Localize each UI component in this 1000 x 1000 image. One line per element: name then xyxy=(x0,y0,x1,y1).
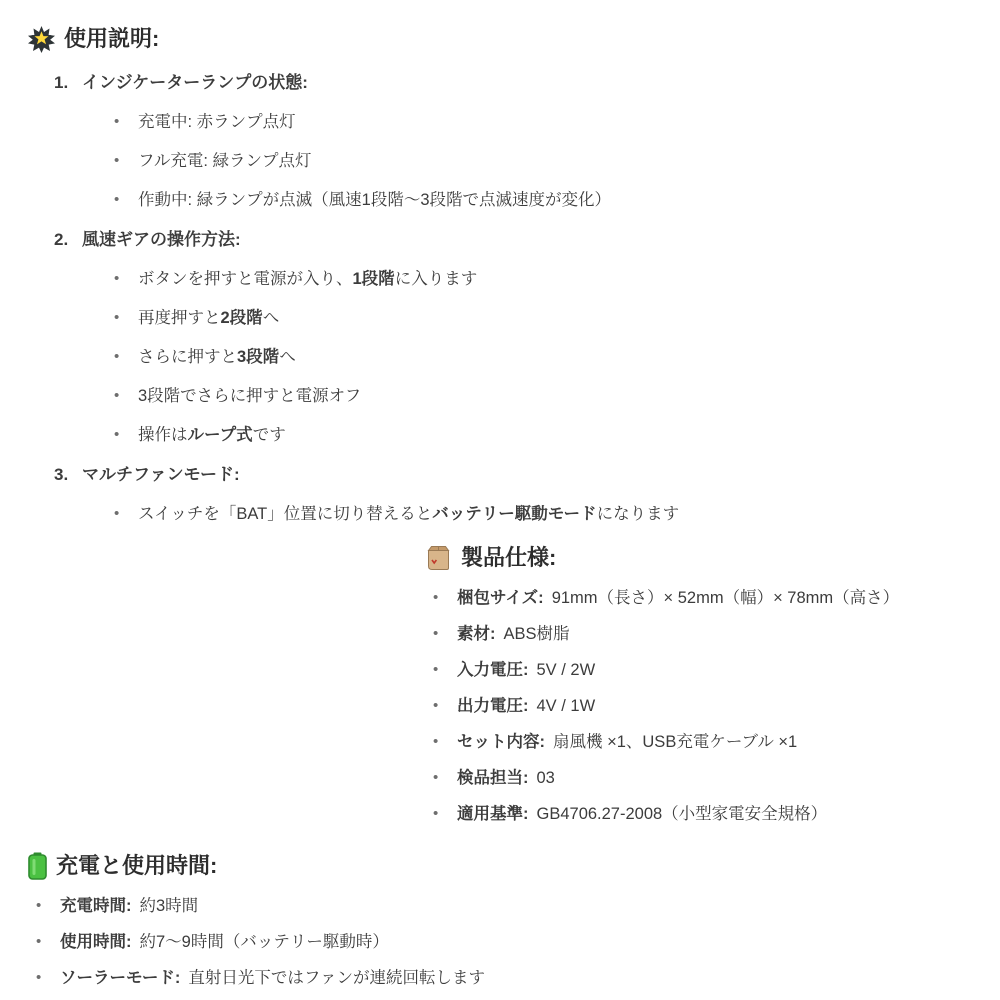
specs-section: 製品仕様: • 梱包サイズ:91mm（長さ）× 52mm（幅）× 78mm（高さ… xyxy=(425,543,970,825)
spec-row: • 適用基準:GB4706.27-2008（小型家電安全規格） xyxy=(433,803,970,825)
spec-label: 出力電圧: xyxy=(457,697,529,715)
bullet-dot: • xyxy=(36,895,60,917)
battery-value: 約3時間 xyxy=(140,897,199,915)
spec-value: 91mm（長さ）× 52mm（幅）× 78mm（高さ） xyxy=(552,589,899,607)
spec-row: • 入力電圧:5V / 2W xyxy=(433,659,970,681)
spec-text: 出力電圧:4V / 1W xyxy=(457,695,595,717)
battery-icon xyxy=(28,852,47,880)
usage-section-title: 使用説明: xyxy=(64,24,159,54)
battery-label: ソーラーモード: xyxy=(60,969,180,987)
bullet-dot: • xyxy=(114,346,138,368)
item-number: 2. xyxy=(54,229,82,251)
battery-value: 直射日光下ではファンが連続回転します xyxy=(188,969,485,987)
spec-text: 素材:ABS樹脂 xyxy=(457,623,570,645)
bullet-dot: • xyxy=(36,931,60,953)
bullet-dot: • xyxy=(433,587,457,609)
battery-row: • 使用時間:約7～9時間（バッテリー駆動時） xyxy=(36,931,970,953)
bullet-dot: • xyxy=(433,623,457,645)
battery-text: 使用時間:約7～9時間（バッテリー駆動時） xyxy=(60,931,389,953)
spec-value: 4V / 1W xyxy=(537,697,596,715)
list-item-text: 操作はループ式です xyxy=(138,424,286,446)
specs-section-title: 製品仕様: xyxy=(461,543,556,573)
list-item-text: フル充電: 緑ランプ点灯 xyxy=(138,150,312,172)
item-label: インジケーターランプの状態: xyxy=(82,72,308,94)
specs-section-header: 製品仕様: xyxy=(425,543,970,573)
list-item: • 3段階でさらに押すと電源オフ xyxy=(114,385,970,407)
spec-row: • 素材:ABS樹脂 xyxy=(433,623,970,645)
star-burst-icon xyxy=(28,26,55,53)
list-item-text: スイッチを「BAT」位置に切り替えるとバッテリー駆動モードになります xyxy=(138,503,679,525)
spec-label: 素材: xyxy=(457,625,496,643)
battery-value: 約7～9時間（バッテリー駆動時） xyxy=(140,933,389,951)
bullet-dot: • xyxy=(114,111,138,133)
battery-label: 使用時間: xyxy=(60,933,132,951)
spec-value: 03 xyxy=(537,769,555,787)
list-item: • フル充電: 緑ランプ点灯 xyxy=(114,150,970,172)
spec-text: 梱包サイズ:91mm（長さ）× 52mm（幅）× 78mm（高さ） xyxy=(457,587,899,609)
list-item-text: さらに押すと3段階へ xyxy=(138,346,296,368)
usage-section-header: 使用説明: xyxy=(28,24,970,54)
bullet-dot: • xyxy=(114,189,138,211)
bullet-dot: • xyxy=(114,150,138,172)
bullet-dot: • xyxy=(114,268,138,290)
usage-item-2: 2. 風速ギアの操作方法: xyxy=(54,229,970,251)
bullet-dot: • xyxy=(433,803,457,825)
spec-text: 入力電圧:5V / 2W xyxy=(457,659,595,681)
spec-row: • 出力電圧:4V / 1W xyxy=(433,695,970,717)
list-item-text: ボタンを押すと電源が入り、1段階に入ります xyxy=(138,268,477,290)
list-item-text: 3段階でさらに押すと電源オフ xyxy=(138,385,361,407)
spec-label: 検品担当: xyxy=(457,769,529,787)
usage-item-3: 3. マルチファンモード: xyxy=(54,464,970,486)
battery-text: 充電時間:約3時間 xyxy=(60,895,198,917)
battery-text: ソーラーモード:直射日光下ではファンが連続回転します xyxy=(60,967,485,989)
battery-label: 充電時間: xyxy=(60,897,132,915)
list-item-text: 作動中: 緑ランプが点滅（風速1段階～3段階で点滅速度が変化） xyxy=(138,189,611,211)
bullet-dot: • xyxy=(114,503,138,525)
battery-section: 充電と使用時間: • 充電時間:約3時間 • 使用時間:約7～9時間（バッテリー… xyxy=(28,851,970,989)
list-item: • 充電中: 赤ランプ点灯 xyxy=(114,111,970,133)
bullet-dot: • xyxy=(433,731,457,753)
bullet-dot: • xyxy=(114,307,138,329)
spec-value: GB4706.27-2008（小型家電安全規格） xyxy=(537,805,828,823)
spec-value: 扇風機 ×1、USB充電ケーブル ×1 xyxy=(553,733,797,751)
spec-label: セット内容: xyxy=(457,733,545,751)
list-item: • 再度押すと2段階へ xyxy=(114,307,970,329)
bullet-dot: • xyxy=(114,424,138,446)
usage-item-1: 1. インジケーターランプの状態: xyxy=(54,72,970,94)
spec-row: • 梱包サイズ:91mm（長さ）× 52mm（幅）× 78mm（高さ） xyxy=(433,587,970,609)
bullet-dot: • xyxy=(36,967,60,989)
spec-label: 梱包サイズ: xyxy=(457,589,544,607)
battery-row: • 充電時間:約3時間 xyxy=(36,895,970,917)
list-item-text: 再度押すと2段階へ xyxy=(138,307,279,329)
spec-text: 適用基準:GB4706.27-2008（小型家電安全規格） xyxy=(457,803,827,825)
spec-row: • セット内容:扇風機 ×1、USB充電ケーブル ×1 xyxy=(433,731,970,753)
list-item-text: 充電中: 赤ランプ点灯 xyxy=(138,111,296,133)
bullet-dot: • xyxy=(433,767,457,789)
spec-text: セット内容:扇風機 ×1、USB充電ケーブル ×1 xyxy=(457,731,797,753)
spec-label: 適用基準: xyxy=(457,805,529,823)
item-number: 1. xyxy=(54,72,82,94)
list-item: • ボタンを押すと電源が入り、1段階に入ります xyxy=(114,268,970,290)
product-description-page: 使用説明: 1. インジケーターランプの状態: • 充電中: 赤ランプ点灯 • … xyxy=(0,0,1000,989)
package-icon xyxy=(425,545,452,571)
battery-section-header: 充電と使用時間: xyxy=(28,851,970,881)
spec-text: 検品担当:03 xyxy=(457,767,555,789)
spec-value: 5V / 2W xyxy=(537,661,596,679)
spec-label: 入力電圧: xyxy=(457,661,529,679)
item-number: 3. xyxy=(54,464,82,486)
bullet-dot: • xyxy=(433,695,457,717)
list-item: • スイッチを「BAT」位置に切り替えるとバッテリー駆動モードになります xyxy=(114,503,970,525)
item-label: 風速ギアの操作方法: xyxy=(82,229,241,251)
item-label: マルチファンモード: xyxy=(82,464,240,486)
spec-value: ABS樹脂 xyxy=(504,625,570,643)
list-item: • さらに押すと3段階へ xyxy=(114,346,970,368)
bullet-dot: • xyxy=(433,659,457,681)
bullet-dot: • xyxy=(114,385,138,407)
battery-section-title: 充電と使用時間: xyxy=(56,851,217,881)
spec-row: • 検品担当:03 xyxy=(433,767,970,789)
battery-row: • ソーラーモード:直射日光下ではファンが連続回転します xyxy=(36,967,970,989)
list-item: • 操作はループ式です xyxy=(114,424,970,446)
list-item: • 作動中: 緑ランプが点滅（風速1段階～3段階で点滅速度が変化） xyxy=(114,189,970,211)
